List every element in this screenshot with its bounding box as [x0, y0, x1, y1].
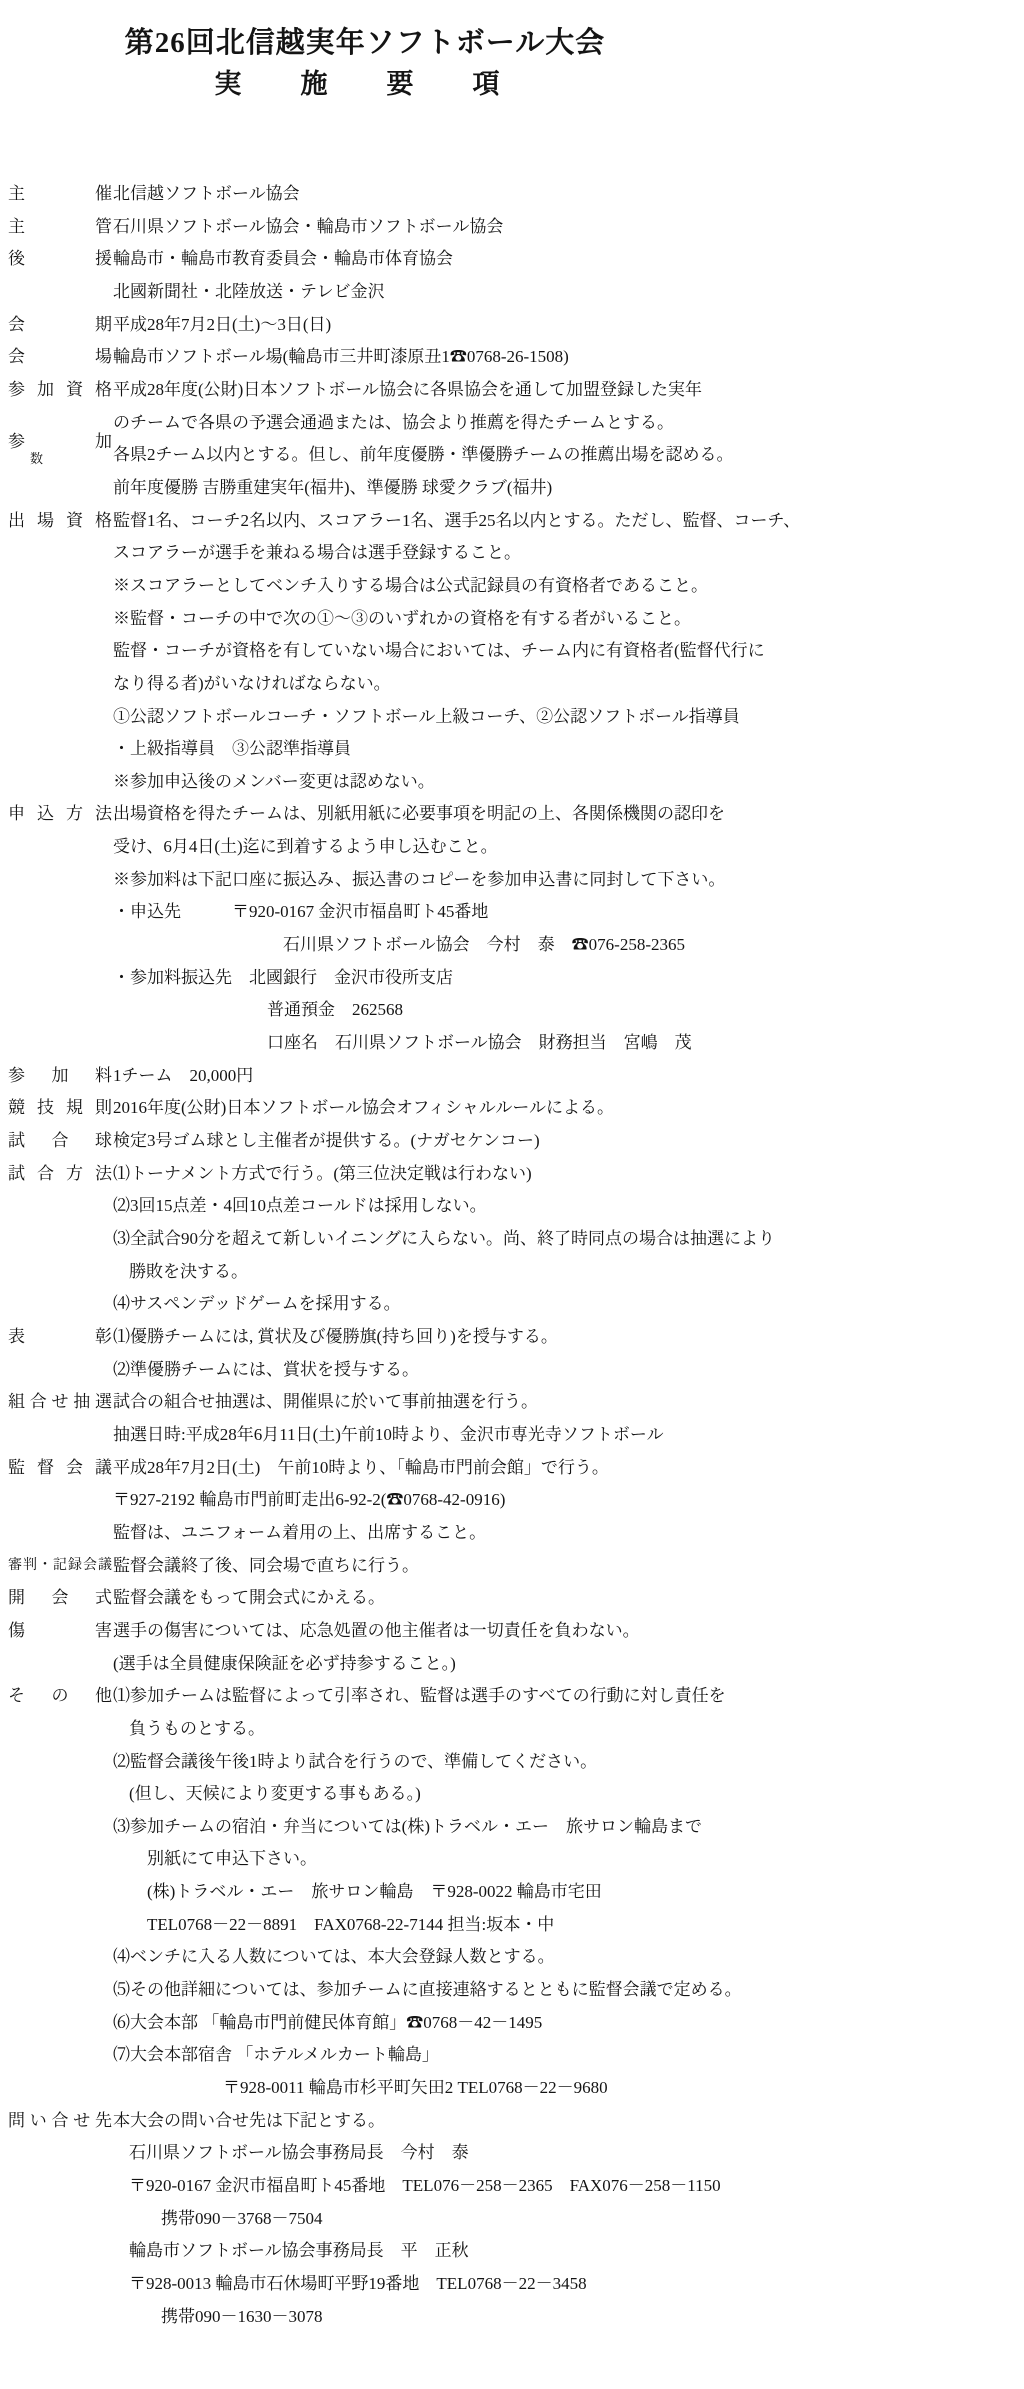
document-line: 〒927-2192 輪島市門前町走出6-92-2(☎0768-42-0916) [0, 1484, 1024, 1517]
line-text: 勝敗を決する。 [129, 1256, 248, 1289]
line-text: 〒920-0167 金沢市福畠町ト45番地 TEL076－258－2365 FA… [129, 2170, 721, 2203]
document-line: ・申込先 〒920-0167 金沢市福畠町ト45番地 [0, 896, 1024, 929]
line-label: 参 加 料 [8, 1060, 112, 1093]
line-label: 主 管 [8, 211, 112, 244]
document-line: 傷 害選手の傷害については、応急処置の他主催者は一切責任を負わない。 [0, 1615, 1024, 1648]
document-line: 普通預金 262568 [0, 994, 1024, 1027]
document-line: 参 加 料1チーム 20,000円 [0, 1060, 1024, 1093]
line-label: そ の 他 [8, 1680, 112, 1713]
document-line: ⑵3回15点差・4回10点差コールドは採用しない。 [0, 1190, 1024, 1223]
document-line: ※監督・コーチの中で次の①～③のいずれかの資格を有する者がいること。 [0, 603, 1024, 636]
document-line: 前年度優勝 吉勝重建実年(福井)、準優勝 球愛クラブ(福井) [0, 472, 1024, 505]
line-text: ⑵準優勝チームには、賞状を授与する。 [113, 1354, 419, 1387]
line-text: 石川県ソフトボール協会 今村 泰 ☎076-258-2365 [283, 929, 685, 962]
line-label: 開 会 式 [8, 1582, 112, 1615]
line-text: 〒927-2192 輪島市門前町走出6-92-2(☎0768-42-0916) [113, 1484, 505, 1517]
document-line: 携帯090－3768－7504 [0, 2203, 1024, 2236]
line-text: 出場資格を得たチームは、別紙用紙に必要事項を明記の上、各関係機関の認印を [113, 798, 725, 831]
document-line: 開 会 式監督会議をもって開会式にかえる。 [0, 1582, 1024, 1615]
line-text: 抽選日時:平成28年6月11日(土)午前10時より、金沢市専光寺ソフトボール [113, 1419, 664, 1452]
line-label: 問い合せ先 [8, 2105, 112, 2138]
document-line: 会 場輪島市ソフトボール場(輪島市三井町漆原丑1☎0768-26-1508) [0, 341, 1024, 374]
line-label: 表 彰 [8, 1321, 112, 1354]
document-line: 勝敗を決する。 [0, 1256, 1024, 1289]
line-text: 負うものとする。 [129, 1713, 265, 1746]
line-text: 〒928-0013 輪島市石休場町平野19番地 TEL0768－22－3458 [129, 2268, 587, 2301]
line-text: ⑷サスペンデッドゲームを採用する。 [113, 1288, 401, 1321]
line-label: 会 期 [8, 309, 112, 342]
document-line: 輪島市ソフトボール協会事務局長 平 正秋 [0, 2235, 1024, 2268]
line-text: のチームで各県の予選会通過または、協会より推薦を得たチームとする。 [113, 407, 674, 440]
line-text: スコアラーが選手を兼ねる場合は選手登録すること。 [113, 537, 521, 570]
document-line: ※スコアラーとしてベンチ入りする場合は公式記録員の有資格者であること。 [0, 570, 1024, 603]
line-text: ①公認ソフトボールコーチ・ソフトボール上級コーチ、②公認ソフトボール指導員 [113, 701, 740, 734]
line-text: 平成28年度(公財)日本ソフトボール協会に各県協会を通して加盟登録した実年 [113, 374, 702, 407]
line-text: 輪島市・輪島市教育委員会・輪島市体育協会 [113, 243, 453, 276]
line-text: ・参加料振込先 北國銀行 金沢市役所支店 [113, 962, 453, 995]
line-text: 検定3号ゴム球とし主催者が提供する。(ナガセケンコー) [113, 1125, 540, 1158]
document-line: (但し、天候により変更する事もある。) [0, 1778, 1024, 1811]
line-text: (株)トラベル・エー 旅サロン輪島 〒928-0022 輪島市宅田 [147, 1876, 602, 1909]
document-line: 試 合 方 法⑴トーナメント方式で行う。(第三位決定戦は行わない) [0, 1158, 1024, 1191]
line-text: 受け、6月4日(土)迄に到着するよう申し込むこと。 [113, 831, 498, 864]
document-line: 石川県ソフトボール協会事務局長 今村 泰 [0, 2137, 1024, 2170]
line-text: ⑺大会本部宿舎 「ホテルメルカート輪島」 [113, 2039, 439, 2072]
document-line: 監 督 会 議平成28年7月2日(土) 午前10時より、「輪島市門前会館」で行う… [0, 1452, 1024, 1485]
document-line: ※参加申込後のメンバー変更は認めない。 [0, 766, 1024, 799]
document-line: ※参加料は下記口座に振込み、振込書のコピーを参加申込書に同封して下さい。 [0, 864, 1024, 897]
line-text: 監督は、ユニフォーム着用の上、出席すること。 [113, 1517, 486, 1550]
line-text: ⑸その他詳細については、参加チームに直接連絡するとともに監督会議で定める。 [113, 1974, 742, 2007]
line-label: 参 加 資 格 [8, 374, 112, 407]
line-text: 平成28年7月2日(土) 午前10時より、「輪島市門前会館」で行う。 [113, 1452, 609, 1485]
line-text: ⑵監督会議後午後1時より試合を行うので、準備してください。 [113, 1746, 597, 1779]
line-label: 主 催 [8, 178, 112, 211]
line-text: ⑴トーナメント方式で行う。(第三位決定戦は行わない) [113, 1158, 532, 1191]
line-text: TEL0768－22－8891 FAX0768-22-7144 担当:坂本・中 [147, 1909, 554, 1942]
line-label: 参 加数 [8, 432, 112, 466]
line-label: 試 合 球 [8, 1125, 112, 1158]
document-line: ⑵準優勝チームには、賞状を授与する。 [0, 1354, 1024, 1387]
line-text: 石川県ソフトボール協会・輪島市ソフトボール協会 [113, 211, 503, 244]
line-text: ・申込先 〒920-0167 金沢市福畠町ト45番地 [113, 896, 488, 929]
line-label: 会 場 [8, 341, 112, 374]
line-label: 出 場 資 格 [8, 505, 112, 538]
line-text: ⑶全試合90分を超えて新しいイニングに入らない。尚、終了時同点の場合は抽選により [113, 1223, 775, 1256]
line-text: 前年度優勝 吉勝重建実年(福井)、準優勝 球愛クラブ(福井) [113, 472, 552, 505]
line-label: 申 込 方 法 [8, 798, 112, 831]
line-label-bottom: 数 [8, 452, 112, 466]
document-line: 別紙にて申込下さい。 [0, 1843, 1024, 1876]
document-line: ⑶参加チームの宿泊・弁当については(株)トラベル・エー 旅サロン輪島まで [0, 1811, 1024, 1844]
line-text: 試合の組合せ抽選は、開催県に於いて事前抽選を行う。 [113, 1386, 538, 1419]
document-line: 組 合 せ 抽 選試合の組合せ抽選は、開催県に於いて事前抽選を行う。 [0, 1386, 1024, 1419]
document-line: 出 場 資 格監督1名、コーチ2名以内、スコアラー1名、選手25名以内とする。た… [0, 505, 1024, 538]
document-line: 試 合 球検定3号ゴム球とし主催者が提供する。(ナガセケンコー) [0, 1125, 1024, 1158]
line-label-top: 参 加 [8, 432, 112, 452]
document-line: 石川県ソフトボール協会 今村 泰 ☎076-258-2365 [0, 929, 1024, 962]
document-line: 主 催北信越ソフトボール協会 [0, 178, 1024, 211]
document-line: 参 加数各県2チーム以内とする。但し、前年度優勝・準優勝チームの推薦出場を認める… [0, 439, 1024, 472]
document-body: 主 催北信越ソフトボール協会主 管石川県ソフトボール協会・輪島市ソフトボール協会… [0, 178, 1024, 2333]
line-text: 本大会の問い合せ先は下記とする。 [113, 2105, 385, 2138]
document-line: 抽選日時:平成28年6月11日(土)午前10時より、金沢市専光寺ソフトボール [0, 1419, 1024, 1452]
line-text: ⑴優勝チームには, 賞状及び優勝旗(持ち回り)を授与する。 [113, 1321, 558, 1354]
line-label: 傷 害 [8, 1615, 112, 1648]
line-label: 後 援 [8, 243, 112, 276]
document-line: ⑺大会本部宿舎 「ホテルメルカート輪島」 [0, 2039, 1024, 2072]
line-text: 各県2チーム以内とする。但し、前年度優勝・準優勝チームの推薦出場を認める。 [113, 439, 734, 472]
document-line: 審判・記録会議監督会議終了後、同会場で直ちに行う。 [0, 1550, 1024, 1583]
line-text: 1チーム 20,000円 [113, 1060, 253, 1093]
line-text: 別紙にて申込下さい。 [147, 1843, 317, 1876]
line-text: 輪島市ソフトボール場(輪島市三井町漆原丑1☎0768-26-1508) [113, 341, 569, 374]
document-line: のチームで各県の予選会通過または、協会より推薦を得たチームとする。 [0, 407, 1024, 440]
line-text: 平成28年7月2日(土)～3日(日) [113, 309, 331, 342]
document-line: スコアラーが選手を兼ねる場合は選手登録すること。 [0, 537, 1024, 570]
document-line: ①公認ソフトボールコーチ・ソフトボール上級コーチ、②公認ソフトボール指導員 [0, 701, 1024, 734]
line-text: (選手は全員健康保険証を必ず持参すること。) [113, 1648, 456, 1681]
line-text: なり得る者)がいなければならない。 [113, 668, 391, 701]
document-line: 〒920-0167 金沢市福畠町ト45番地 TEL076－258－2365 FA… [0, 2170, 1024, 2203]
line-text: 監督会議終了後、同会場で直ちに行う。 [113, 1550, 419, 1583]
document-line: ・参加料振込先 北國銀行 金沢市役所支店 [0, 962, 1024, 995]
line-text: ・上級指導員 ③公認準指導員 [113, 733, 351, 766]
line-text: ※参加料は下記口座に振込み、振込書のコピーを参加申込書に同封して下さい。 [113, 864, 725, 897]
document-line: TEL0768－22－8891 FAX0768-22-7144 担当:坂本・中 [0, 1909, 1024, 1942]
document-line: (選手は全員健康保険証を必ず持参すること。) [0, 1648, 1024, 1681]
document-line: ・上級指導員 ③公認準指導員 [0, 733, 1024, 766]
document-line: 負うものとする。 [0, 1713, 1024, 1746]
document-line: 北國新聞社・北陸放送・テレビ金沢 [0, 276, 1024, 309]
document-line: ⑵監督会議後午後1時より試合を行うので、準備してください。 [0, 1746, 1024, 1779]
line-text: 選手の傷害については、応急処置の他主催者は一切責任を負わない。 [113, 1615, 640, 1648]
document-line: (株)トラベル・エー 旅サロン輪島 〒928-0022 輪島市宅田 [0, 1876, 1024, 1909]
document-line: 〒928-0011 輪島市杉平町矢田2 TEL0768－22－9680 [0, 2072, 1024, 2105]
line-text: ⑴参加チームは監督によって引率され、監督は選手のすべての行動に対し責任を [113, 1680, 726, 1713]
document-line: 後 援輪島市・輪島市教育委員会・輪島市体育協会 [0, 243, 1024, 276]
document-line: 監督は、ユニフォーム着用の上、出席すること。 [0, 1517, 1024, 1550]
document-line: そ の 他⑴参加チームは監督によって引率され、監督は選手のすべての行動に対し責任… [0, 1680, 1024, 1713]
document-line: ⑹大会本部 「輪島市門前健民体育館」☎0768－42－1495 [0, 2007, 1024, 2040]
document-line: 〒928-0013 輪島市石休場町平野19番地 TEL0768－22－3458 [0, 2268, 1024, 2301]
line-text: ⑶参加チームの宿泊・弁当については(株)トラベル・エー 旅サロン輪島まで [113, 1811, 702, 1844]
document-line: 受け、6月4日(土)迄に到着するよう申し込むこと。 [0, 831, 1024, 864]
document-line: 口座名 石川県ソフトボール協会 財務担当 宮嶋 茂 [0, 1027, 1024, 1060]
document-line: 監督・コーチが資格を有していない場合においては、チーム内に有資格者(監督代行に [0, 635, 1024, 668]
document-line: ⑷ベンチに入る人数については、本大会登録人数とする。 [0, 1941, 1024, 1974]
document-line: 携帯090－1630－3078 [0, 2301, 1024, 2334]
line-label: 監 督 会 議 [8, 1452, 112, 1485]
document-title-block: 第26回北信越実年ソフトボール大会 実 施 要 項 [0, 24, 730, 102]
document-line: ⑶全試合90分を超えて新しいイニングに入らない。尚、終了時同点の場合は抽選により [0, 1223, 1024, 1256]
line-text: ※監督・コーチの中で次の①～③のいずれかの資格を有する者がいること。 [113, 603, 691, 636]
line-text: ⑹大会本部 「輪島市門前健民体育館」☎0768－42－1495 [113, 2007, 542, 2040]
line-label: 競 技 規 則 [8, 1092, 112, 1125]
line-text: 2016年度(公財)日本ソフトボール協会オフィシャルルールによる。 [113, 1092, 614, 1125]
line-text: 石川県ソフトボール協会事務局長 今村 泰 [129, 2137, 469, 2170]
line-text: ⑵3回15点差・4回10点差コールドは採用しない。 [113, 1190, 487, 1223]
line-text: 監督1名、コーチ2名以内、スコアラー1名、選手25名以内とする。ただし、監督、コ… [113, 505, 800, 538]
document-line: 主 管石川県ソフトボール協会・輪島市ソフトボール協会 [0, 211, 1024, 244]
document-line: ⑷サスペンデッドゲームを採用する。 [0, 1288, 1024, 1321]
line-label: 審判・記録会議 [8, 1550, 112, 1583]
line-label: 試 合 方 法 [8, 1158, 112, 1191]
document-line: ⑸その他詳細については、参加チームに直接連絡するとともに監督会議で定める。 [0, 1974, 1024, 2007]
document-line: 競 技 規 則2016年度(公財)日本ソフトボール協会オフィシャルルールによる。 [0, 1092, 1024, 1125]
line-text: 携帯090－1630－3078 [161, 2301, 323, 2334]
document-line: 参 加 資 格平成28年度(公財)日本ソフトボール協会に各県協会を通して加盟登録… [0, 374, 1024, 407]
line-text: 監督会議をもって開会式にかえる。 [113, 1582, 385, 1615]
line-text: 普通預金 262568 [267, 994, 403, 1027]
document-line: 表 彰⑴優勝チームには, 賞状及び優勝旗(持ち回り)を授与する。 [0, 1321, 1024, 1354]
document-line: なり得る者)がいなければならない。 [0, 668, 1024, 701]
document-page: 第26回北信越実年ソフトボール大会 実 施 要 項 主 催北信越ソフトボール協会… [0, 0, 1024, 2389]
line-text: 口座名 石川県ソフトボール協会 財務担当 宮嶋 茂 [267, 1027, 692, 1060]
document-title: 第26回北信越実年ソフトボール大会 [0, 24, 730, 62]
line-label: 組 合 せ 抽 選 [8, 1386, 112, 1419]
line-text: (但し、天候により変更する事もある。) [129, 1778, 421, 1811]
line-text: 監督・コーチが資格を有していない場合においては、チーム内に有資格者(監督代行に [113, 635, 765, 668]
line-text: ※スコアラーとしてベンチ入りする場合は公式記録員の有資格者であること。 [113, 570, 708, 603]
line-text: 携帯090－3768－7504 [161, 2203, 323, 2236]
line-text: 北國新聞社・北陸放送・テレビ金沢 [113, 276, 385, 309]
line-text: 輪島市ソフトボール協会事務局長 平 正秋 [129, 2235, 469, 2268]
line-text: ※参加申込後のメンバー変更は認めない。 [113, 766, 435, 799]
document-line: 申 込 方 法出場資格を得たチームは、別紙用紙に必要事項を明記の上、各関係機関の… [0, 798, 1024, 831]
document-subtitle: 実 施 要 項 [0, 66, 730, 102]
line-text: ⑷ベンチに入る人数については、本大会登録人数とする。 [113, 1941, 555, 1974]
line-text: 北信越ソフトボール協会 [113, 178, 300, 211]
document-line: 会 期平成28年7月2日(土)～3日(日) [0, 309, 1024, 342]
document-line: 問い合せ先本大会の問い合せ先は下記とする。 [0, 2105, 1024, 2138]
line-text: 〒928-0011 輪島市杉平町矢田2 TEL0768－22－9680 [223, 2072, 608, 2105]
